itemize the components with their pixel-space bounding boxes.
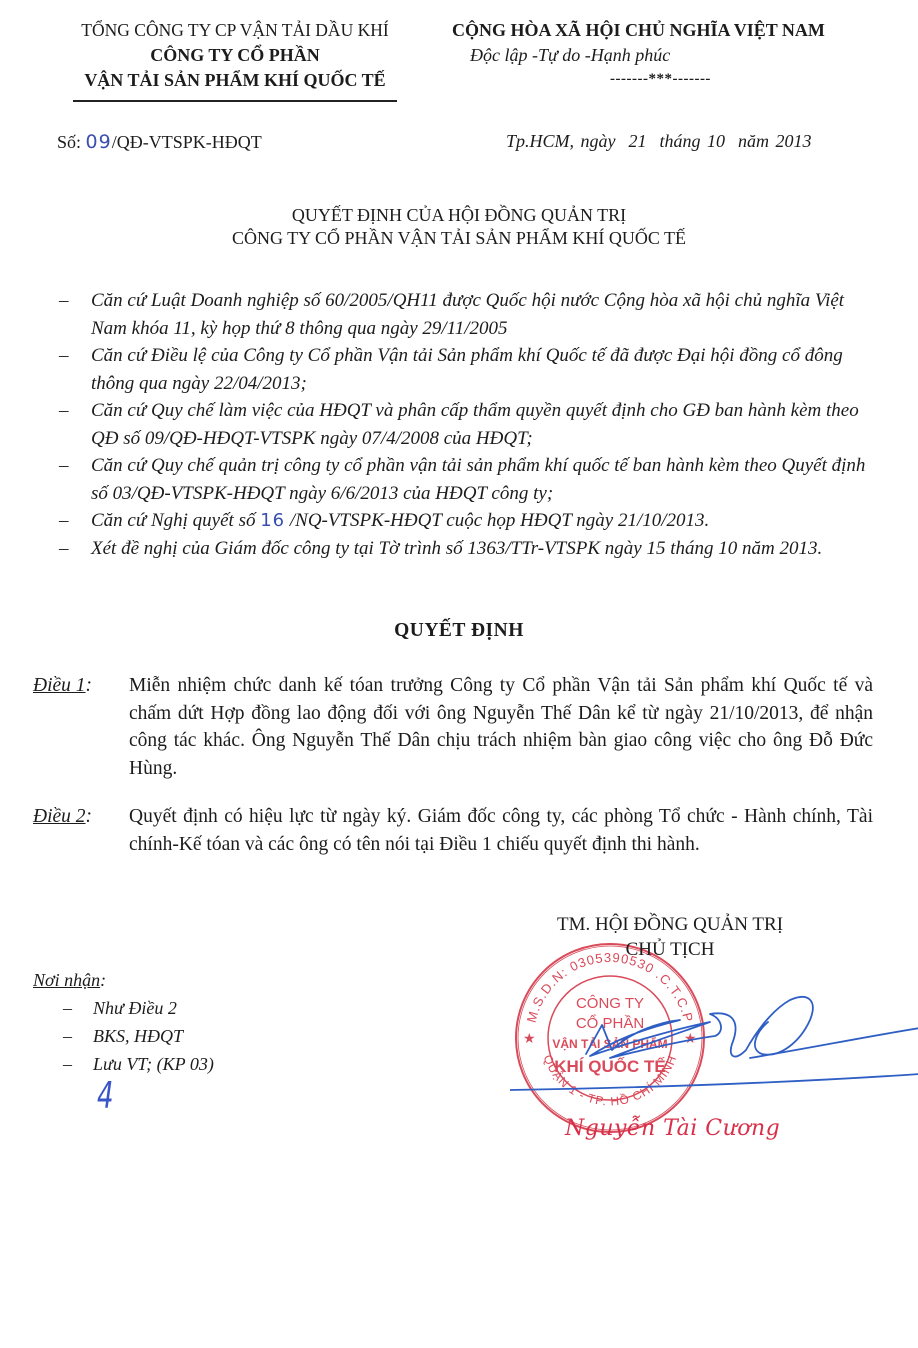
legal-basis-text: Căn cứ Quy chế quản trị công ty cổ phần …: [91, 455, 865, 504]
legal-basis-text: Xét đề nghị của Giám đốc công ty tại Tờ …: [91, 538, 822, 559]
list-dash: –: [63, 1022, 93, 1050]
legal-basis-text: Căn cứ Luật Doanh nghiệp số 60/2005/QH11…: [91, 290, 844, 339]
document-number: Số: 09/QĐ-VTSPK-HĐQT: [57, 131, 262, 153]
list-dash: –: [59, 397, 69, 425]
legal-basis-text-after: /NQ-VTSPK-HĐQT cuộc họp HĐQT ngày 21/10/…: [285, 510, 709, 531]
national-header: CỘNG HÒA XÃ HỘI CHỦ NGHĨA VIỆT NAM Độc l…: [452, 18, 882, 90]
article-text: Miễn nhiệm chức danh kế tóan trưởng Công…: [129, 672, 873, 782]
signer-position: CHỦ TỊCH: [520, 937, 820, 962]
recipients-block: Nơi nhận: –Như Điều 2 –BKS, HĐQT –Lưu VT…: [33, 966, 214, 1078]
article-label: Điều 2:: [33, 803, 92, 831]
legal-basis-text: Căn cứ Quy chế làm việc của HĐQT và phân…: [91, 400, 859, 449]
list-dash: –: [59, 507, 69, 535]
handwritten-document-number: 09: [86, 131, 112, 153]
legal-basis-item: –Căn cứ Luật Doanh nghiệp số 60/2005/QH1…: [55, 287, 875, 342]
article-label-text: Điều 2: [33, 806, 86, 827]
article-label-colon: :: [86, 672, 93, 700]
article-label-colon: :: [86, 803, 93, 831]
legal-basis-item: –Căn cứ Quy chế quản trị công ty cổ phần…: [55, 452, 875, 507]
list-dash: –: [63, 1050, 93, 1078]
document-title-line2: CÔNG TY CỔ PHẦN VẬN TẢI SẢN PHẨM KHÍ QUỐ…: [0, 227, 918, 250]
signer-name: Nguyễn Tài Cương: [565, 1116, 780, 1141]
signature-block: TM. HỘI ĐỒNG QUẢN TRỊ CHỦ TỊCH: [520, 912, 820, 962]
article-1: Điều 1: Miễn nhiệm chức danh kế tóan trư…: [33, 672, 873, 782]
decision-heading: QUYẾT ĐỊNH: [0, 620, 918, 642]
recipient-item: –BKS, HĐQT: [33, 1022, 214, 1050]
document-title-line1: QUYẾT ĐỊNH CỦA HỘI ĐỒNG QUẢN TRỊ: [0, 204, 918, 227]
recipient-text: BKS, HĐQT: [93, 1026, 183, 1046]
document-number-suffix: /QĐ-VTSPK-HĐQT: [112, 132, 262, 152]
article-label: Điều 1:: [33, 672, 92, 700]
article-label-text: Điều 1: [33, 675, 86, 696]
nation-name: CỘNG HÒA XÃ HỘI CHỦ NGHĨA VIỆT NAM: [452, 18, 882, 43]
recipients-colon: :: [100, 970, 106, 990]
legal-basis-item: –Căn cứ Nghị quyết số 16 /NQ-VTSPK-HĐQT …: [55, 507, 875, 535]
company-name-line2: VẬN TẢI SẢN PHẨM KHÍ QUỐC TẾ: [40, 68, 430, 93]
handwritten-initial-mark: 4: [97, 1076, 114, 1118]
article-text: Quyết định có hiệu lực từ ngày ký. Giám …: [129, 803, 873, 858]
list-dash: –: [63, 994, 93, 1022]
recipients-title: Nơi nhận: [33, 970, 100, 990]
list-dash: –: [59, 452, 69, 480]
legal-basis-text-before: Căn cứ Nghị quyết số: [91, 510, 260, 531]
article-2: Điều 2: Quyết định có hiệu lực từ ngày k…: [33, 803, 873, 858]
parent-organization: TỔNG CÔNG TY CP VẬN TẢI DẦU KHÍ: [40, 18, 430, 43]
document-number-prefix: Số:: [57, 132, 86, 152]
national-motto: Độc lập -Tự do -Hạnh phúc: [452, 43, 882, 68]
recipient-item: –Như Điều 2: [33, 994, 214, 1022]
recipient-text: Lưu VT; (KP 03): [93, 1054, 214, 1074]
issuer-header: TỔNG CÔNG TY CP VẬN TẢI DẦU KHÍ CÔNG TY …: [40, 18, 430, 102]
recipient-item: –Lưu VT; (KP 03): [33, 1050, 214, 1078]
document-title: QUYẾT ĐỊNH CỦA HỘI ĐỒNG QUẢN TRỊ CÔNG TY…: [0, 204, 918, 250]
list-dash: –: [59, 535, 69, 563]
on-behalf-label: TM. HỘI ĐỒNG QUẢN TRỊ: [520, 912, 820, 937]
recipient-text: Như Điều 2: [93, 998, 177, 1018]
handwritten-signature: [510, 970, 918, 1110]
company-name-line1: CÔNG TY CỔ PHẦN: [40, 43, 430, 68]
motto-separator: -------***-------: [452, 68, 882, 90]
legal-bases-list: –Căn cứ Luật Doanh nghiệp số 60/2005/QH1…: [55, 287, 875, 562]
legal-basis-text: Căn cứ Điều lệ của Công ty Cổ phần Vận t…: [91, 345, 843, 394]
recipients-heading: Nơi nhận:: [33, 966, 214, 994]
list-dash: –: [59, 342, 69, 370]
legal-basis-item: –Căn cứ Điều lệ của Công ty Cổ phần Vận …: [55, 342, 875, 397]
legal-basis-item: –Xét đề nghị của Giám đốc công ty tại Tờ…: [55, 535, 875, 563]
header-divider: [73, 100, 397, 102]
place-date: Tp.HCM, ngày 21 tháng 10 năm 2013: [506, 131, 812, 152]
list-dash: –: [59, 287, 69, 315]
legal-basis-item: –Căn cứ Quy chế làm việc của HĐQT và phâ…: [55, 397, 875, 452]
handwritten-resolution-number: 16: [260, 510, 285, 531]
